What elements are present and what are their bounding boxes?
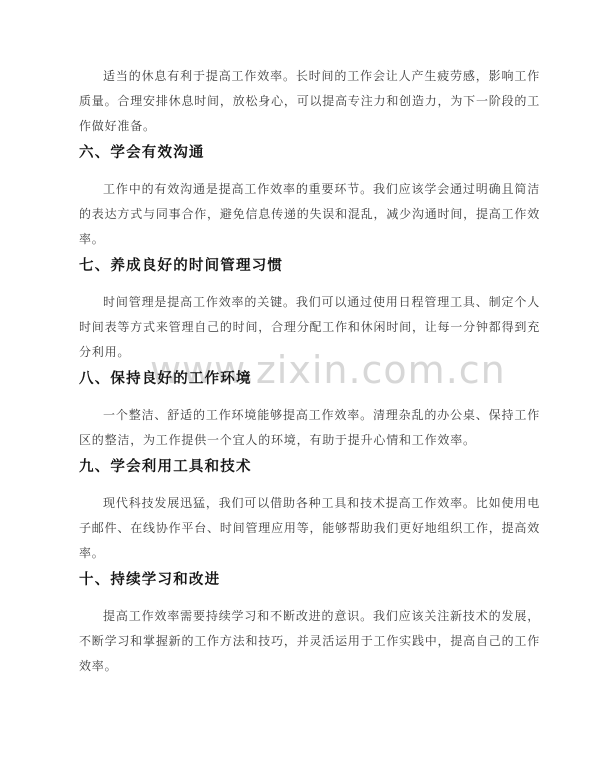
section-body-9: 现代科技发展迅猛，我们可以借助各种工具和技术提高工作效率。比如使用电子邮件、在线… bbox=[79, 491, 540, 566]
section-body-7: 时间管理是提高工作效率的关键。我们可以通过使用日程管理工具、制定个人时间表等方式… bbox=[79, 290, 540, 365]
section-heading-7: 七、养成良好的时间管理习惯 bbox=[79, 256, 540, 276]
section-body-8: 一个整洁、舒适的工作环境能够提高工作效率。清理杂乱的办公桌、保持工作区的整洁，为… bbox=[79, 403, 540, 453]
section-heading-6: 六、学会有效沟通 bbox=[79, 143, 540, 163]
document-content: 适当的休息有利于提高工作效率。长时间的工作会让人产生疲劳感，影响工作质量。合理安… bbox=[79, 64, 540, 679]
section-heading-8: 八、保持良好的工作环境 bbox=[79, 369, 540, 389]
lead-paragraph: 适当的休息有利于提高工作效率。长时间的工作会让人产生疲劳感，影响工作质量。合理安… bbox=[79, 64, 540, 139]
section-body-10: 提高工作效率需要持续学习和不断改进的意识。我们应该关注新技术的发展，不断学习和掌… bbox=[79, 604, 540, 679]
section-heading-10: 十、持续学习和改进 bbox=[79, 570, 540, 590]
section-body-6: 工作中的有效沟通是提高工作效率的重要环节。我们应该学会通过明确且简洁的表达方式与… bbox=[79, 177, 540, 252]
document-page: www.zixin.com.cn 适当的休息有利于提高工作效率。长时间的工作会让… bbox=[0, 0, 600, 776]
section-heading-9: 九、学会利用工具和技术 bbox=[79, 457, 540, 477]
